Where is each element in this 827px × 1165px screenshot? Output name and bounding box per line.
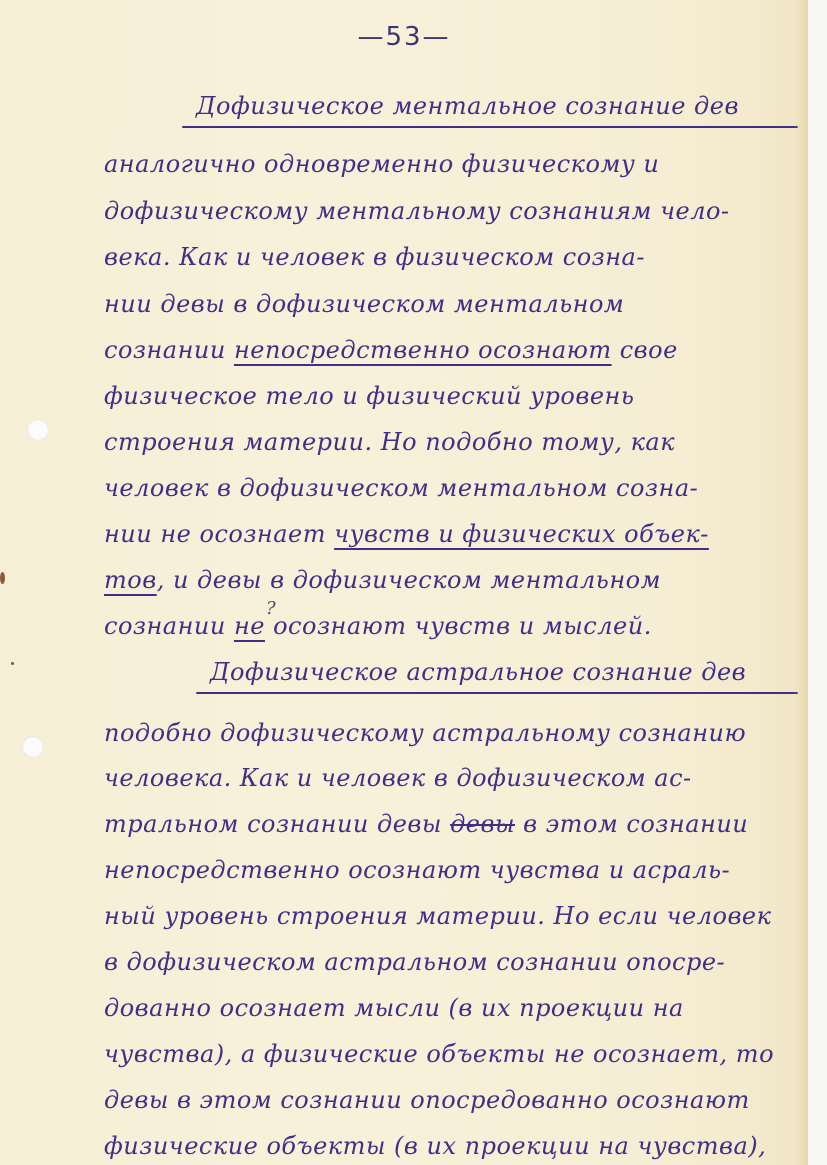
text-line: непосредственно осознают чувства и асрал… [104, 856, 827, 884]
text-line: человек в дофизическом ментальном созна- [104, 474, 827, 502]
underlined-text: чувств и физических объек- [334, 520, 709, 548]
text-line: тральном сознании девы девы в этом созна… [104, 810, 827, 838]
paper-speck [11, 662, 14, 665]
section-heading: Дофизическое ментальное сознание дев [196, 92, 827, 120]
text-line: чувства), а физические объекты не осозна… [104, 1040, 827, 1068]
text-segment: физическое тело и физический уровень [104, 382, 634, 410]
text-line: тов, и девы в дофизическом ментальном [104, 566, 827, 594]
text-line: аналогично одновременно физическому и [104, 150, 827, 178]
text-segment: человека. Как и человек в дофизическом а… [104, 764, 692, 792]
text-segment: подобно дофизическому астральному сознан… [104, 719, 746, 747]
text-segment: сознании [104, 336, 234, 364]
underlined-text: тов [104, 566, 157, 594]
text-line: века. Как и человек в физическом созна- [104, 243, 827, 271]
text-segment: чувства), а физические объекты не осозна… [104, 1040, 774, 1068]
text-line: нии не осознает чувств и физических объе… [104, 520, 827, 548]
text-line: ный уровень строения материи. Но если че… [104, 902, 827, 930]
text-segment: сознании [104, 612, 234, 640]
text-segment: осознают чувств и мыслей. [265, 612, 652, 640]
underlined-text: непосредственно осознают [234, 336, 612, 364]
text-segment: века. Как и человек в физическом созна- [104, 243, 645, 271]
struck-word: девы [450, 810, 515, 838]
text-line: физическое тело и физический уровень [104, 382, 827, 410]
section-heading: Дофизическое астральное сознание дев [210, 658, 827, 686]
manuscript-page: —53— Дофизическое ментальное сознание де… [0, 0, 808, 1165]
text-segment: аналогично одновременно физическому и [104, 150, 659, 178]
text-segment: физические объекты (в их проекции на чув… [104, 1132, 766, 1160]
text-segment: в этом сознании [515, 810, 748, 838]
text-segment: дофизическому ментальному сознаниям чело… [104, 197, 730, 225]
text-segment: свое [612, 336, 678, 364]
text-segment: нии не осознает [104, 520, 334, 548]
text-segment: тральном сознании девы [104, 810, 450, 838]
text-line: сознании непосредственно осознают свое [104, 336, 827, 364]
text-line: в дофизическом астральном сознании опоср… [104, 948, 827, 976]
text-segment: , и девы в дофизическом ментальном [157, 566, 661, 594]
text-segment: непосредственно осознают чувства и асрал… [104, 856, 730, 884]
page-number: —53— [0, 22, 808, 52]
underlined-text: Дофизическое ментальное сознание дев [196, 92, 739, 120]
text-segment: дованно осознает мысли (в их проекции на [104, 994, 684, 1022]
text-line: сознании не осознают чувств и мыслей. [104, 612, 827, 640]
text-segment: нии девы в дофизическом ментальном [104, 290, 624, 318]
text-line: девы в этом сознании опосредованно осозн… [104, 1086, 827, 1114]
text-line: дованно осознает мысли (в их проекции на [104, 994, 827, 1022]
text-line: строения материи. Но подобно тому, как [104, 428, 827, 456]
text-line: физические объекты (в их проекции на чув… [104, 1132, 827, 1160]
text-line: дофизическому ментальному сознаниям чело… [104, 197, 827, 225]
heading-underline [182, 126, 798, 128]
text-segment: ный уровень строения материи. Но если че… [104, 902, 771, 930]
punch-hole-top [27, 419, 49, 441]
paper-stain [0, 572, 5, 584]
text-segment: человек в дофизическом ментальном созна- [104, 474, 698, 502]
punch-hole-bottom [22, 736, 44, 758]
text-segment: в дофизическом астральном сознании опоср… [104, 948, 725, 976]
text-line: нии девы в дофизическом ментальном [104, 290, 827, 318]
heading-underline [196, 692, 798, 694]
text-segment: строения материи. Но подобно тому, как [104, 428, 675, 456]
text-line: подобно дофизическому астральному сознан… [104, 719, 827, 747]
underlined-text: Дофизическое астральное сознание дев [210, 658, 746, 686]
text-segment: девы в этом сознании опосредованно осозн… [104, 1086, 750, 1114]
text-line: человека. Как и человек в дофизическом а… [104, 764, 827, 792]
margin-question-mark: ? [266, 598, 276, 619]
underlined-text: не [234, 612, 265, 640]
